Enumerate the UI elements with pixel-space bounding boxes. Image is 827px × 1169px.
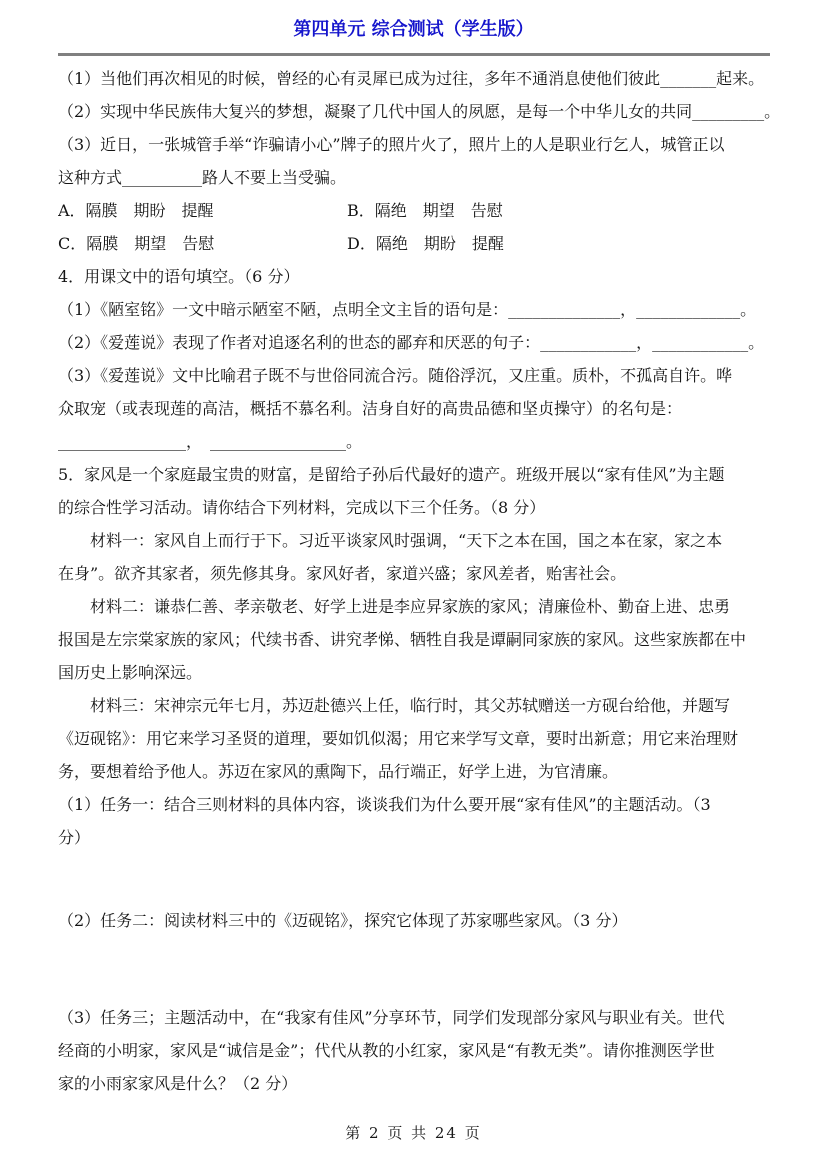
test-paper-page: 第四单元 综合测试（学生版） （1）当他们再次相见的时候，曾经的心有灵犀已成为过…: [0, 0, 827, 1169]
q1-item-1: （1）当他们再次相见的时候，曾经的心有灵犀已成为过往，多年不通消息使他们彼此__…: [58, 62, 772, 95]
footer-page-number: 第 2 页 共 24 页: [0, 1122, 827, 1143]
page-title: 第四单元 综合测试（学生版）: [0, 0, 827, 42]
task-2-line: （2）任务二：阅读材料三中的《迈砚铭》，探究它体现了苏家哪些家风。（3 分）: [58, 904, 772, 937]
q4-item-3-line2: 众取宠（或表现莲的高洁，概括不慕名利。洁身自好的高贵品德和坚贞操守）的名句是：: [58, 392, 772, 425]
q5-stem-line1: 5．家风是一个家庭最宝贵的财富，是留给子孙后代最好的遗产。班级开展以“家有佳风”…: [58, 458, 772, 491]
title-divider: [58, 53, 770, 56]
answer-space-task1: [58, 854, 772, 904]
q4-item-3-blanks: ________________， _________________。: [58, 425, 772, 458]
task-1-line2: 分）: [58, 821, 772, 854]
material-2-line2: 报国是左宗棠家族的家风；代续书香、讲究孝悌、牺牲自我是谭嗣同家族的家风。这些家族…: [58, 623, 772, 656]
material-2-line1: 材料二：谦恭仁善、孝亲敬老、好学上进是李应昇家族的家风；清廉俭朴、勤奋上进、忠勇: [58, 590, 772, 623]
paper-body: （1）当他们再次相见的时候，曾经的心有灵犀已成为过往，多年不通消息使他们彼此__…: [58, 62, 772, 1100]
option-a: A．隔膜 期盼 提醒: [58, 194, 347, 227]
options-row-2: C．隔膜 期望 告慰 D．隔绝 期盼 提醒: [58, 227, 772, 260]
material-3-line3: 务，要想着给予他人。苏迈在家风的熏陶下，品行端正，好学上进，为官清廉。: [58, 755, 772, 788]
task-3-line3: 家的小雨家家风是什么？（2 分）: [58, 1067, 772, 1100]
task-3-line1: （3）任务三；主题活动中，在“我家有佳风”分享环节，同学们发现部分家风与职业有关…: [58, 1001, 772, 1034]
options-row-1: A．隔膜 期盼 提醒 B．隔绝 期望 告慰: [58, 194, 772, 227]
material-2-line3: 国历史上影响深远。: [58, 656, 772, 689]
option-b: B．隔绝 期望 告慰: [347, 194, 772, 227]
material-3-line1: 材料三：宋神宗元年七月，苏迈赴德兴上任，临行时，其父苏轼赠送一方砚台给他，并题写: [58, 689, 772, 722]
q4-stem: 4．用课文中的语句填空。（6 分）: [58, 260, 772, 293]
q4-item-3-line1: （3）《爱莲说》文中比喻君子既不与世俗同流合污。随俗浮沉，又庄重。质朴，不孤高自…: [58, 359, 772, 392]
answer-space-task2: [58, 937, 772, 1001]
q1-item-3-line2: 这种方式__________路人不要上当受骗。: [58, 161, 772, 194]
task-3-line2: 经商的小明家，家风是“诚信是金”；代代从教的小红家，家风是“有教无类”。请你推测…: [58, 1034, 772, 1067]
task-1-line1: （1）任务一：结合三则材料的具体内容，谈谈我们为什么要开展“家有佳风”的主题活动…: [58, 788, 772, 821]
material-3-line2: 《迈砚铭》：用它来学习圣贤的道理，要如饥似渴；用它来学写文章，要时出新意；用它来…: [58, 722, 772, 755]
q4-item-1: （1）《陋室铭》一文中暗示陋室不陋，点明全文主旨的语句是：___________…: [58, 293, 772, 326]
q1-item-2: （2）实现中华民族伟大复兴的梦想，凝聚了几代中国人的夙愿，是每一个中华儿女的共同…: [58, 95, 772, 128]
material-1-line2: 在身”。欲齐其家者，须先修其身。家风好者，家道兴盛；家风差者，贻害社会。: [58, 557, 772, 590]
q4-item-2: （2）《爱莲说》表现了作者对追逐名利的世态的鄙弃和厌恶的句子：_________…: [58, 326, 772, 359]
q1-item-3-line1: （3）近日，一张城管手举“诈骗请小心”牌子的照片火了，照片上的人是职业行乞人，城…: [58, 128, 772, 161]
option-c: C．隔膜 期望 告慰: [58, 227, 347, 260]
option-d: D．隔绝 期盼 提醒: [347, 227, 772, 260]
material-1-line1: 材料一：家风自上而行于下。习近平谈家风时强调，“天下之本在国，国之本在家，家之本: [58, 524, 772, 557]
q5-stem-line2: 的综合性学习活动。请你结合下列材料，完成以下三个任务。（8 分）: [58, 491, 772, 524]
